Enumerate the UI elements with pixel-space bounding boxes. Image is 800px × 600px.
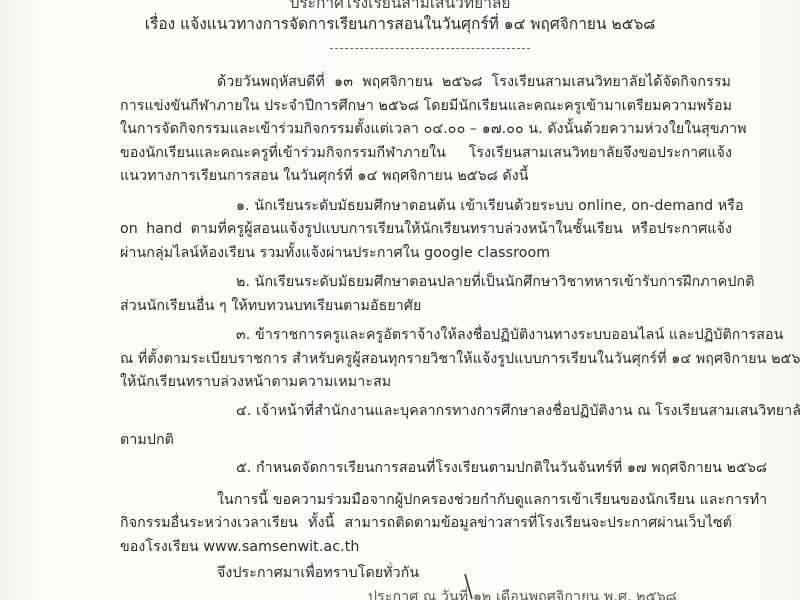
intro-line-1: ด้วยวันพฤหัสบดีที่ ๑๓ พฤศจิกายน ๒๕๖๘ โรง… [217,73,731,91]
separator-line [330,48,530,49]
item-1-line-2: on hand ตามที่ครูผู้สอนแจ้งรูปแบบการเรีย… [120,220,732,238]
item-3-line-2: ณ ที่ตั้งตามระเบียบราชการ สำหรับครูผู้สอ… [120,350,732,368]
item-2-line-2: ส่วนนักเรียนอื่น ๆ ให้ทบทวนบทเรียนตามอัธ… [120,297,421,315]
announce-line: จึงประกาศมาเพื่อทราบโดยทั่วกัน [217,564,419,582]
item-3-line-3: ให้นักเรียนทราบล่วงหน้าตามความเหมาะสม [120,373,391,391]
item-4-line-1: ๔. เจ้าหน้าที่สำนักงานและบุคลากรทางการศึ… [236,402,732,420]
closing-line-1: ในการนี้ ขอความร่วมมือจากผู้ปกครองช่วยกำ… [217,491,731,509]
closing-line-3: ของโรงเรียน www.samsenwit.ac.th [120,538,360,556]
item-1-line-1: ๑. นักเรียนระดับมัธยมศึกษาตอนต้น เข้าเรี… [236,197,732,215]
item-4-line-2: ตามปกติ [120,431,174,449]
handwritten-date-mark-icon [464,573,474,600]
intro-line-3: ในการจัดกิจกรรมและเข้าร่วมกิจกรรมตั้งแต่… [120,120,732,138]
closing-line-2: กิจกรรมอื่นระหว่างเวลาเรียน ทั้งนี้ สามา… [120,514,732,532]
document-subject: เรื่อง แจ้งแนวทางการจัดการเรียนการสอนในว… [0,11,800,36]
intro-line-5: แนวทางการเรียนการสอน ในวันศุกร์ที่ ๑๔ พฤ… [120,167,529,185]
intro-line-2: การแข่งขันกีฬาภายใน ประจำปีการศึกษา ๒๕๖๘… [120,97,732,115]
date-line-cut-off: ประกาศ ณ วันที่ ๑๒ เดือนพฤศจิกายน พ.ศ. ๒… [368,588,677,600]
item-1-line-3: ผ่านกลุ่มไลน์ห้องเรียน รวมทั้งแจ้งผ่านปร… [120,244,550,262]
intro-line-4: ของนักเรียนและคณะครูที่เข้าร่วมกิจกรรมกี… [120,144,732,162]
item-3-line-1: ๓. ข้าราชการครูและครูอัตราจ้างให้ลงชื่อป… [236,326,732,344]
item-5-line-1: ๕. กำหนดจัดการเรียนการสอนที่โรงเรียนตามป… [236,459,767,477]
scanned-document-page: ประกาศโรงเรียนสามเสนวิทยาลัย เรื่อง แจ้ง… [0,0,800,600]
item-2-line-1: ๒. นักเรียนระดับมัธยมศึกษาตอนปลายที่เป็น… [236,273,732,291]
